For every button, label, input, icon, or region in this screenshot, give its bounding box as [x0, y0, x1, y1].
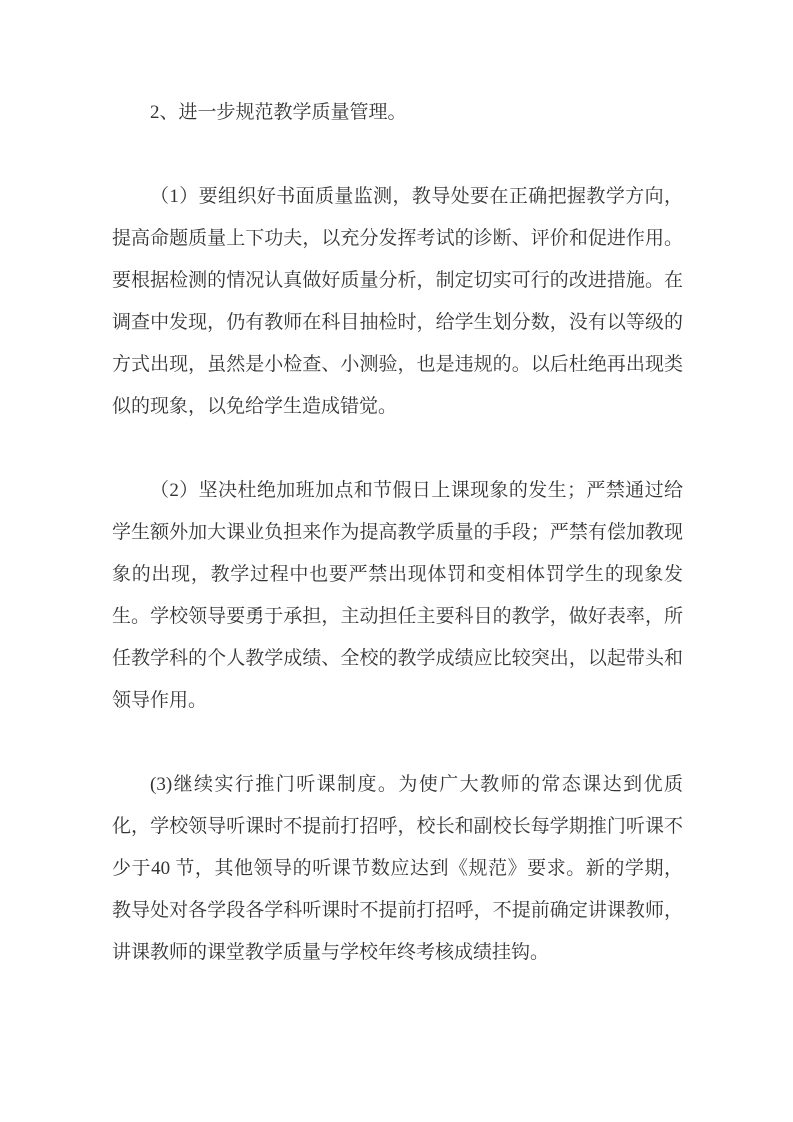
section-heading: 2、进一步规范教学质量管理。 — [112, 92, 683, 134]
paragraph-3: (3)继续实行推门听课制度。为使广大教师的常态课达到优质化，学校领导听课时不提前… — [112, 764, 683, 974]
paragraph-2: （2）坚决杜绝加班加点和节假日上课现象的发生；严禁通过给学生额外加大课业负担来作… — [112, 470, 683, 722]
document-page: 2、进一步规范教学质量管理。 （1）要组织好书面质量监测，教导处要在正确把握教学… — [0, 0, 793, 1122]
document-content: 2、进一步规范教学质量管理。 （1）要组织好书面质量监测，教导处要在正确把握教学… — [112, 92, 683, 974]
paragraph-1: （1）要组织好书面质量监测，教导处要在正确把握教学方向，提高命题质量上下功夫，以… — [112, 176, 683, 428]
